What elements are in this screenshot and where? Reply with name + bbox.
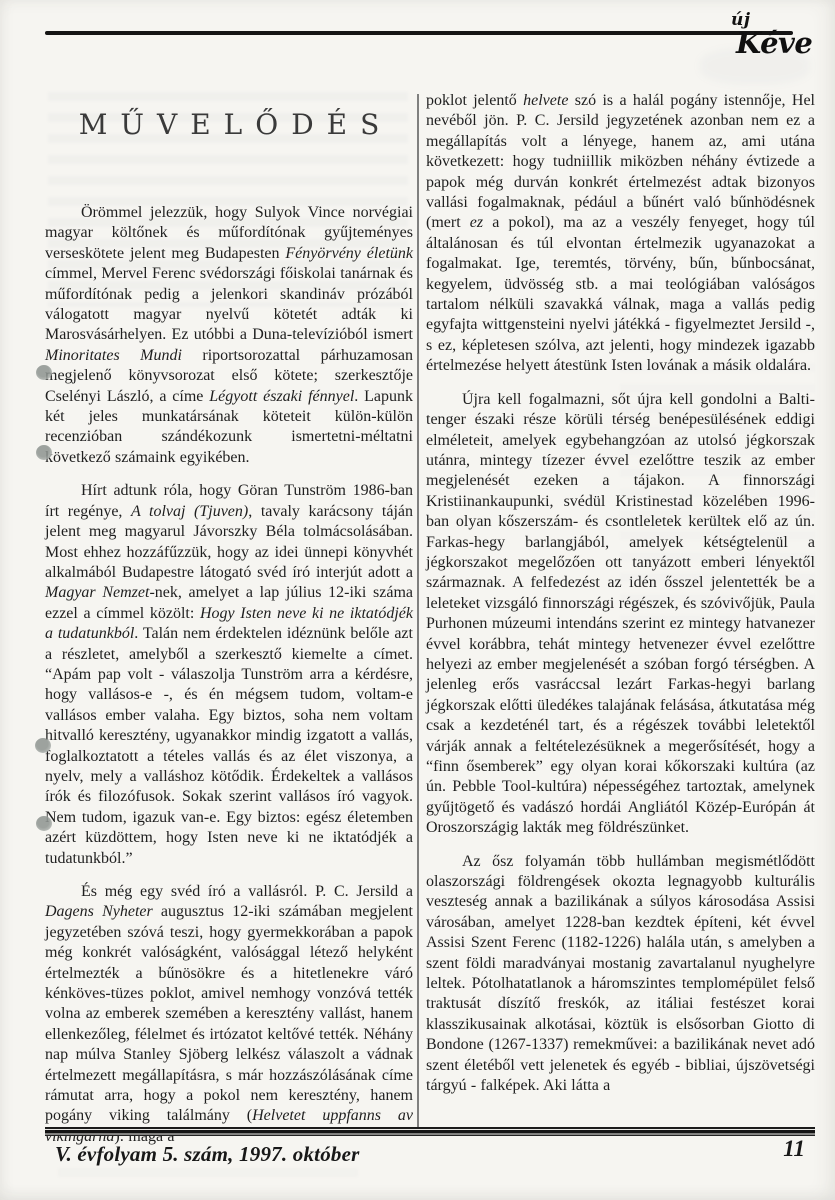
- scan-dot: [35, 738, 51, 753]
- text-run: Újra kell fogalmazni, sőt újra kell gond…: [426, 391, 815, 837]
- paragraph: Hírt adtunk róla, hogy Göran Tunström 19…: [45, 481, 413, 869]
- text-run: . Talán nem érdektelen idéznünk belőle a…: [45, 625, 413, 866]
- italic-text-run: Dagens Nyheter: [45, 903, 153, 920]
- text-run: szó is a halál pogány istennője, Hel nev…: [426, 92, 815, 231]
- footer-rule: [45, 1127, 815, 1136]
- paragraph: És még egy svéd író a vallásról. P. C. J…: [45, 882, 413, 1147]
- paragraph: Örömmel jelezzük, hogy Sulyok Vince norv…: [45, 203, 413, 468]
- scanned-magazine-page: új Kéve MŰVELŐDÉS Örömmel jelezzük, hogy…: [0, 0, 835, 1200]
- paragraph: poklot jelentő helvete szó is a halál po…: [426, 91, 815, 377]
- text-run: augusztus 12-iki számában megjelent jegy…: [45, 903, 413, 1124]
- scan-dot: [36, 816, 52, 831]
- italic-text-run: Minoritates Mundi: [45, 347, 182, 364]
- footer-issue-line: V. évfolyam 5. szám, 1997. október: [55, 1142, 359, 1167]
- magazine-logo: új Kéve: [722, 8, 822, 66]
- scan-dot: [36, 445, 52, 460]
- text-run: poklot jelentő: [426, 92, 523, 109]
- text-run: címmel, Mervel Ferenc svédországi főisko…: [45, 265, 413, 343]
- italic-text-run: A tolvaj (Tjuven): [131, 503, 248, 520]
- italic-text-run: Magyar Nemzet: [45, 584, 149, 601]
- text-run: Az ősz folyamán több hullámban megismétl…: [426, 853, 815, 1094]
- scan-dot: [36, 365, 52, 380]
- right-column: poklot jelentő helvete szó is a halál po…: [426, 91, 815, 1110]
- text-run: És még egy svéd író a vallásról. P. C. J…: [81, 883, 413, 900]
- section-heading: MŰVELŐDÉS: [45, 108, 413, 141]
- italic-text-run: Légyott északi fénnyel: [209, 388, 354, 405]
- bleed-through-ghost: [58, 1168, 358, 1184]
- text-run: a pokol), ma az a veszély fenyeget, hogy…: [426, 214, 815, 374]
- left-column: Örömmel jelezzük, hogy Sulyok Vince norv…: [45, 203, 413, 1160]
- footer-page-number: 11: [783, 1136, 805, 1162]
- logo-name: Kéve: [736, 26, 812, 60]
- italic-text-run: helvete: [523, 92, 568, 109]
- italic-text-run: ez: [470, 214, 483, 231]
- column-divider: [417, 94, 419, 1128]
- italic-text-run: Fényörvény életünk: [285, 245, 413, 262]
- paragraph: Az ősz folyamán több hullámban megismétl…: [426, 852, 815, 1097]
- masthead-rule: [45, 31, 793, 35]
- paragraph: Újra kell fogalmazni, sőt újra kell gond…: [426, 390, 815, 839]
